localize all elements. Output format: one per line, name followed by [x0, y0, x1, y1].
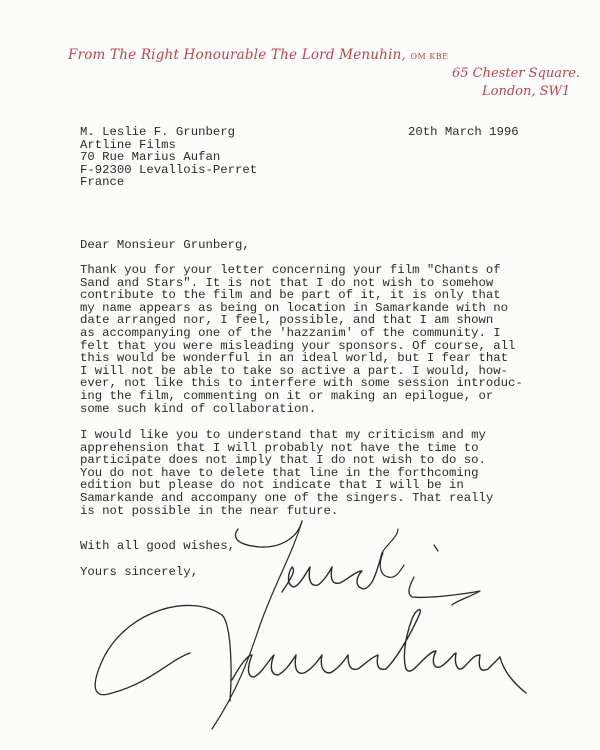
letter-page: From The Right Honourable The Lord Menuh… [0, 0, 600, 750]
body-text-line: Samarkande and accompany one of the sing… [80, 492, 493, 505]
body-paragraph-2: I would like you to understand that my c… [80, 429, 493, 517]
letterhead-honours: OM KBE [410, 52, 448, 61]
recipient-address: M. Leslie F. GrunbergArtline Films70 Rue… [80, 126, 257, 189]
body-text-line: this would be wonderful in an ideal worl… [80, 352, 523, 365]
letterhead-sender: From The Right Honourable The Lord Menuh… [68, 47, 448, 63]
body-text-line: as accompanying one of the 'hazzanim' of… [80, 327, 523, 340]
recipient-address-line: 70 Rue Marius Aufan [80, 151, 257, 164]
letter-date: 20th March 1996 [408, 126, 519, 139]
body-text-line: I would like you to understand that my c… [80, 429, 493, 442]
body-text-line: participate does not imply that I do not… [80, 454, 493, 467]
handwritten-signature [60, 515, 600, 750]
body-text-line: ing the film, commenting on it or making… [80, 390, 523, 403]
body-text-line: Thank you for your letter concerning you… [80, 264, 523, 277]
salutation: Dear Monsieur Grunberg, [80, 239, 250, 252]
recipient-address-line: M. Leslie F. Grunberg [80, 126, 257, 139]
letterhead-city: London, SW1 [482, 84, 570, 99]
recipient-address-line: France [80, 176, 257, 189]
body-paragraph-1: Thank you for your letter concerning you… [80, 264, 523, 415]
body-text-line: some such kind of collaboration. [80, 403, 523, 416]
letterhead-street: 65 Chester Square. [452, 66, 580, 81]
body-text-line: contribute to the film and be part of it… [80, 289, 523, 302]
letterhead-sender-name: From The Right Honourable The Lord Menuh… [68, 47, 410, 63]
